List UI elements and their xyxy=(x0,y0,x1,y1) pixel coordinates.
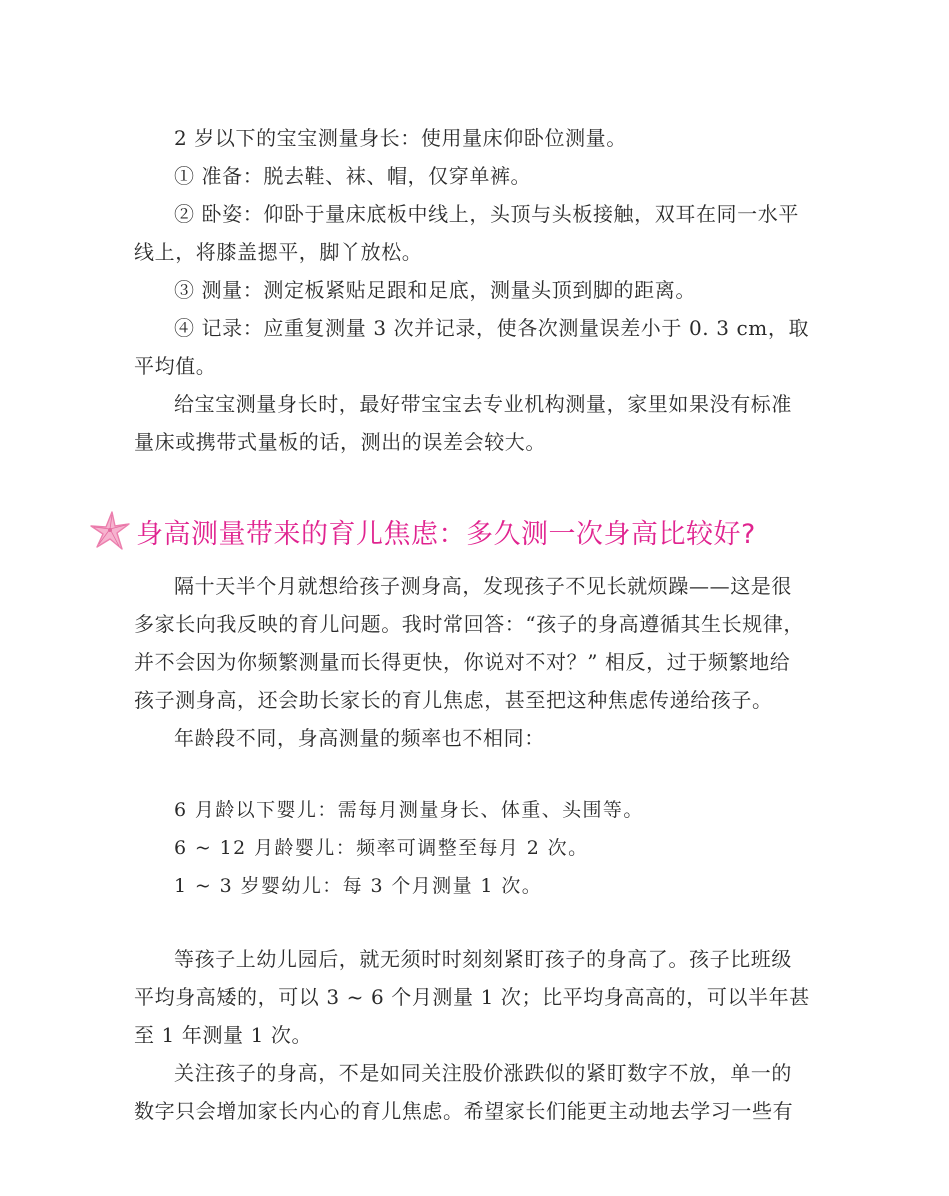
step-record: ④ 记录：应重复测量 3 次并记录，使各次测量误差小于 0. 3 cm，取 xyxy=(174,309,809,347)
body-line: 关注孩子的身高，不是如同关注股价涨跌似的紧盯数字不放，单一的 xyxy=(174,1054,792,1092)
book-page: 2 岁以下的宝宝测量身长：使用量床仰卧位测量。 ① 准备：脱去鞋、袜、帽，仅穿单… xyxy=(0,0,949,1196)
advice-paragraph-line-2: 量床或携带式量板的话，测出的误差会较大。 xyxy=(134,423,546,461)
step-measure: ③ 测量：测定板紧贴足跟和足底，测量头顶到脚的距离。 xyxy=(174,271,696,309)
step-posture-continued: 线上，将膝盖摁平，脚丫放松。 xyxy=(134,233,422,271)
body-line: 至 1 年测量 1 次。 xyxy=(134,1016,312,1054)
intro-line: 2 岁以下的宝宝测量身长：使用量床仰卧位测量。 xyxy=(174,119,627,157)
body-line: 多家长向我反映的育儿问题。我时常回答：“孩子的身高遵循其生长规律， xyxy=(134,605,804,643)
section-heading-text: 身高测量带来的育儿焦虑：多久测一次身高比较好? xyxy=(136,512,756,551)
step-record-continued: 平均值。 xyxy=(134,347,216,385)
body-line: 隔十天半个月就想给孩子测身高，发现孩子不见长就烦躁——这是很 xyxy=(174,567,792,605)
body-line: 等孩子上幼儿园后，就无须时时刻刻紧盯孩子的身高了。孩子比班级 xyxy=(174,940,792,978)
list-item: 6 ~ 12 月龄婴儿：频率可调整至每月 2 次。 xyxy=(174,829,588,867)
body-line: 数字只会增加家长内心的育儿焦虑。希望家长们能更主动地去学习一些有 xyxy=(134,1092,793,1130)
body-line: 年龄段不同，身高测量的频率也不相同： xyxy=(174,719,545,757)
list-item: 6 月龄以下婴儿：需每月测量身长、体重、头围等。 xyxy=(174,791,644,829)
section-heading: 身高测量带来的育儿焦虑：多久测一次身高比较好? xyxy=(88,506,756,556)
advice-paragraph-line-1: 给宝宝测量身长时，最好带宝宝去专业机构测量，家里如果没有标准 xyxy=(174,385,792,423)
body-line: 平均身高矮的，可以 3 ~ 6 个月测量 1 次；比平均身高高的，可以半年甚 xyxy=(134,978,810,1016)
body-line: 孩子测身高，还会助长家长的育儿焦虑，甚至把这种焦虑传递给孩子。 xyxy=(134,681,773,719)
step-posture: ② 卧姿：仰卧于量床底板中线上，头顶与头板接触，双耳在同一水平 xyxy=(174,195,799,233)
step-prepare: ① 准备：脱去鞋、袜、帽，仅穿单裤。 xyxy=(174,157,531,195)
list-item: 1 ~ 3 岁婴幼儿：每 3 个月测量 1 次。 xyxy=(174,867,542,905)
body-line: 并不会因为你频繁测量而长得更快，你说对不对？” 相反，过于频繁地给 xyxy=(134,643,790,681)
starfish-icon xyxy=(88,509,132,553)
